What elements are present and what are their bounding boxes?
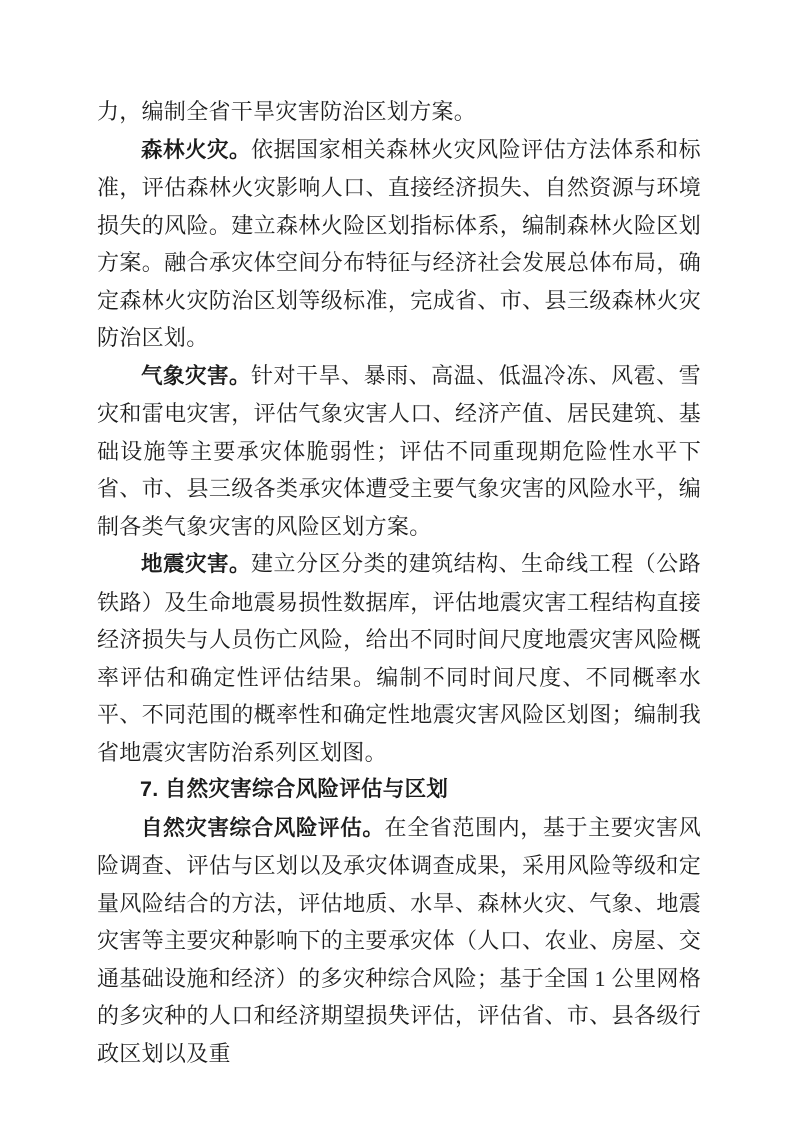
paragraph-earthquake: 地震灾害。建立分区分类的建筑结构、生命线工程（公路铁路）及生命地震易损性数据库，…: [97, 545, 701, 771]
paragraph-comprehensive-assessment: 自然灾害综合风险评估。在全省范围内，基于主要灾害风险调查、评估与区划以及承灾体调…: [97, 809, 701, 1073]
page-number: 13: [0, 1000, 793, 1022]
paragraph-text: 针对干旱、暴雨、高温、低温冷冻、风雹、雪灾和雷电灾害，评估气象灾害人口、经济产值…: [97, 363, 701, 539]
document-page: 力，编制全省干旱灾害防治区划方案。 森林火灾。依据国家相关森林火灾风险评估方法体…: [0, 0, 793, 1122]
paragraph-text: 在全省范围内，基于主要灾害风险调查、评估与区划以及承灾体调查成果，采用风险等级和…: [97, 815, 701, 1066]
paragraph-lead-comprehensive: 自然灾害综合风险评估。: [141, 816, 384, 840]
paragraph-lead-meteorological: 气象灾害。: [141, 364, 251, 388]
paragraph-text: 依据国家相关森林火灾风险评估方法体系和标准，评估森林火灾影响人口、直接经济损失、…: [97, 137, 701, 351]
paragraph-text: 建立分区分类的建筑结构、生命线工程（公路铁路）及生命地震易损性数据库，评估地震灾…: [97, 551, 701, 765]
text-block: 力，编制全省干旱灾害防治区划方案。 森林火灾。依据国家相关森林火灾风险评估方法体…: [97, 93, 701, 1072]
paragraph-drought-continuation: 力，编制全省干旱灾害防治区划方案。: [97, 93, 701, 131]
paragraph-lead-earthquake: 地震灾害。: [141, 552, 251, 576]
paragraph-meteorological: 气象灾害。针对干旱、暴雨、高温、低温冷冻、风雹、雪灾和雷电灾害，评估气象灾害人口…: [97, 357, 701, 546]
paragraph-text: 力，编制全省干旱灾害防治区划方案。: [97, 99, 476, 124]
paragraph-forest-fire: 森林火灾。依据国家相关森林火灾风险评估方法体系和标准，评估森林火灾影响人口、直接…: [97, 131, 701, 357]
paragraph-lead-forest-fire: 森林火灾。: [141, 138, 251, 162]
section-heading-7: 7. 自然灾害综合风险评估与区划: [97, 771, 701, 809]
